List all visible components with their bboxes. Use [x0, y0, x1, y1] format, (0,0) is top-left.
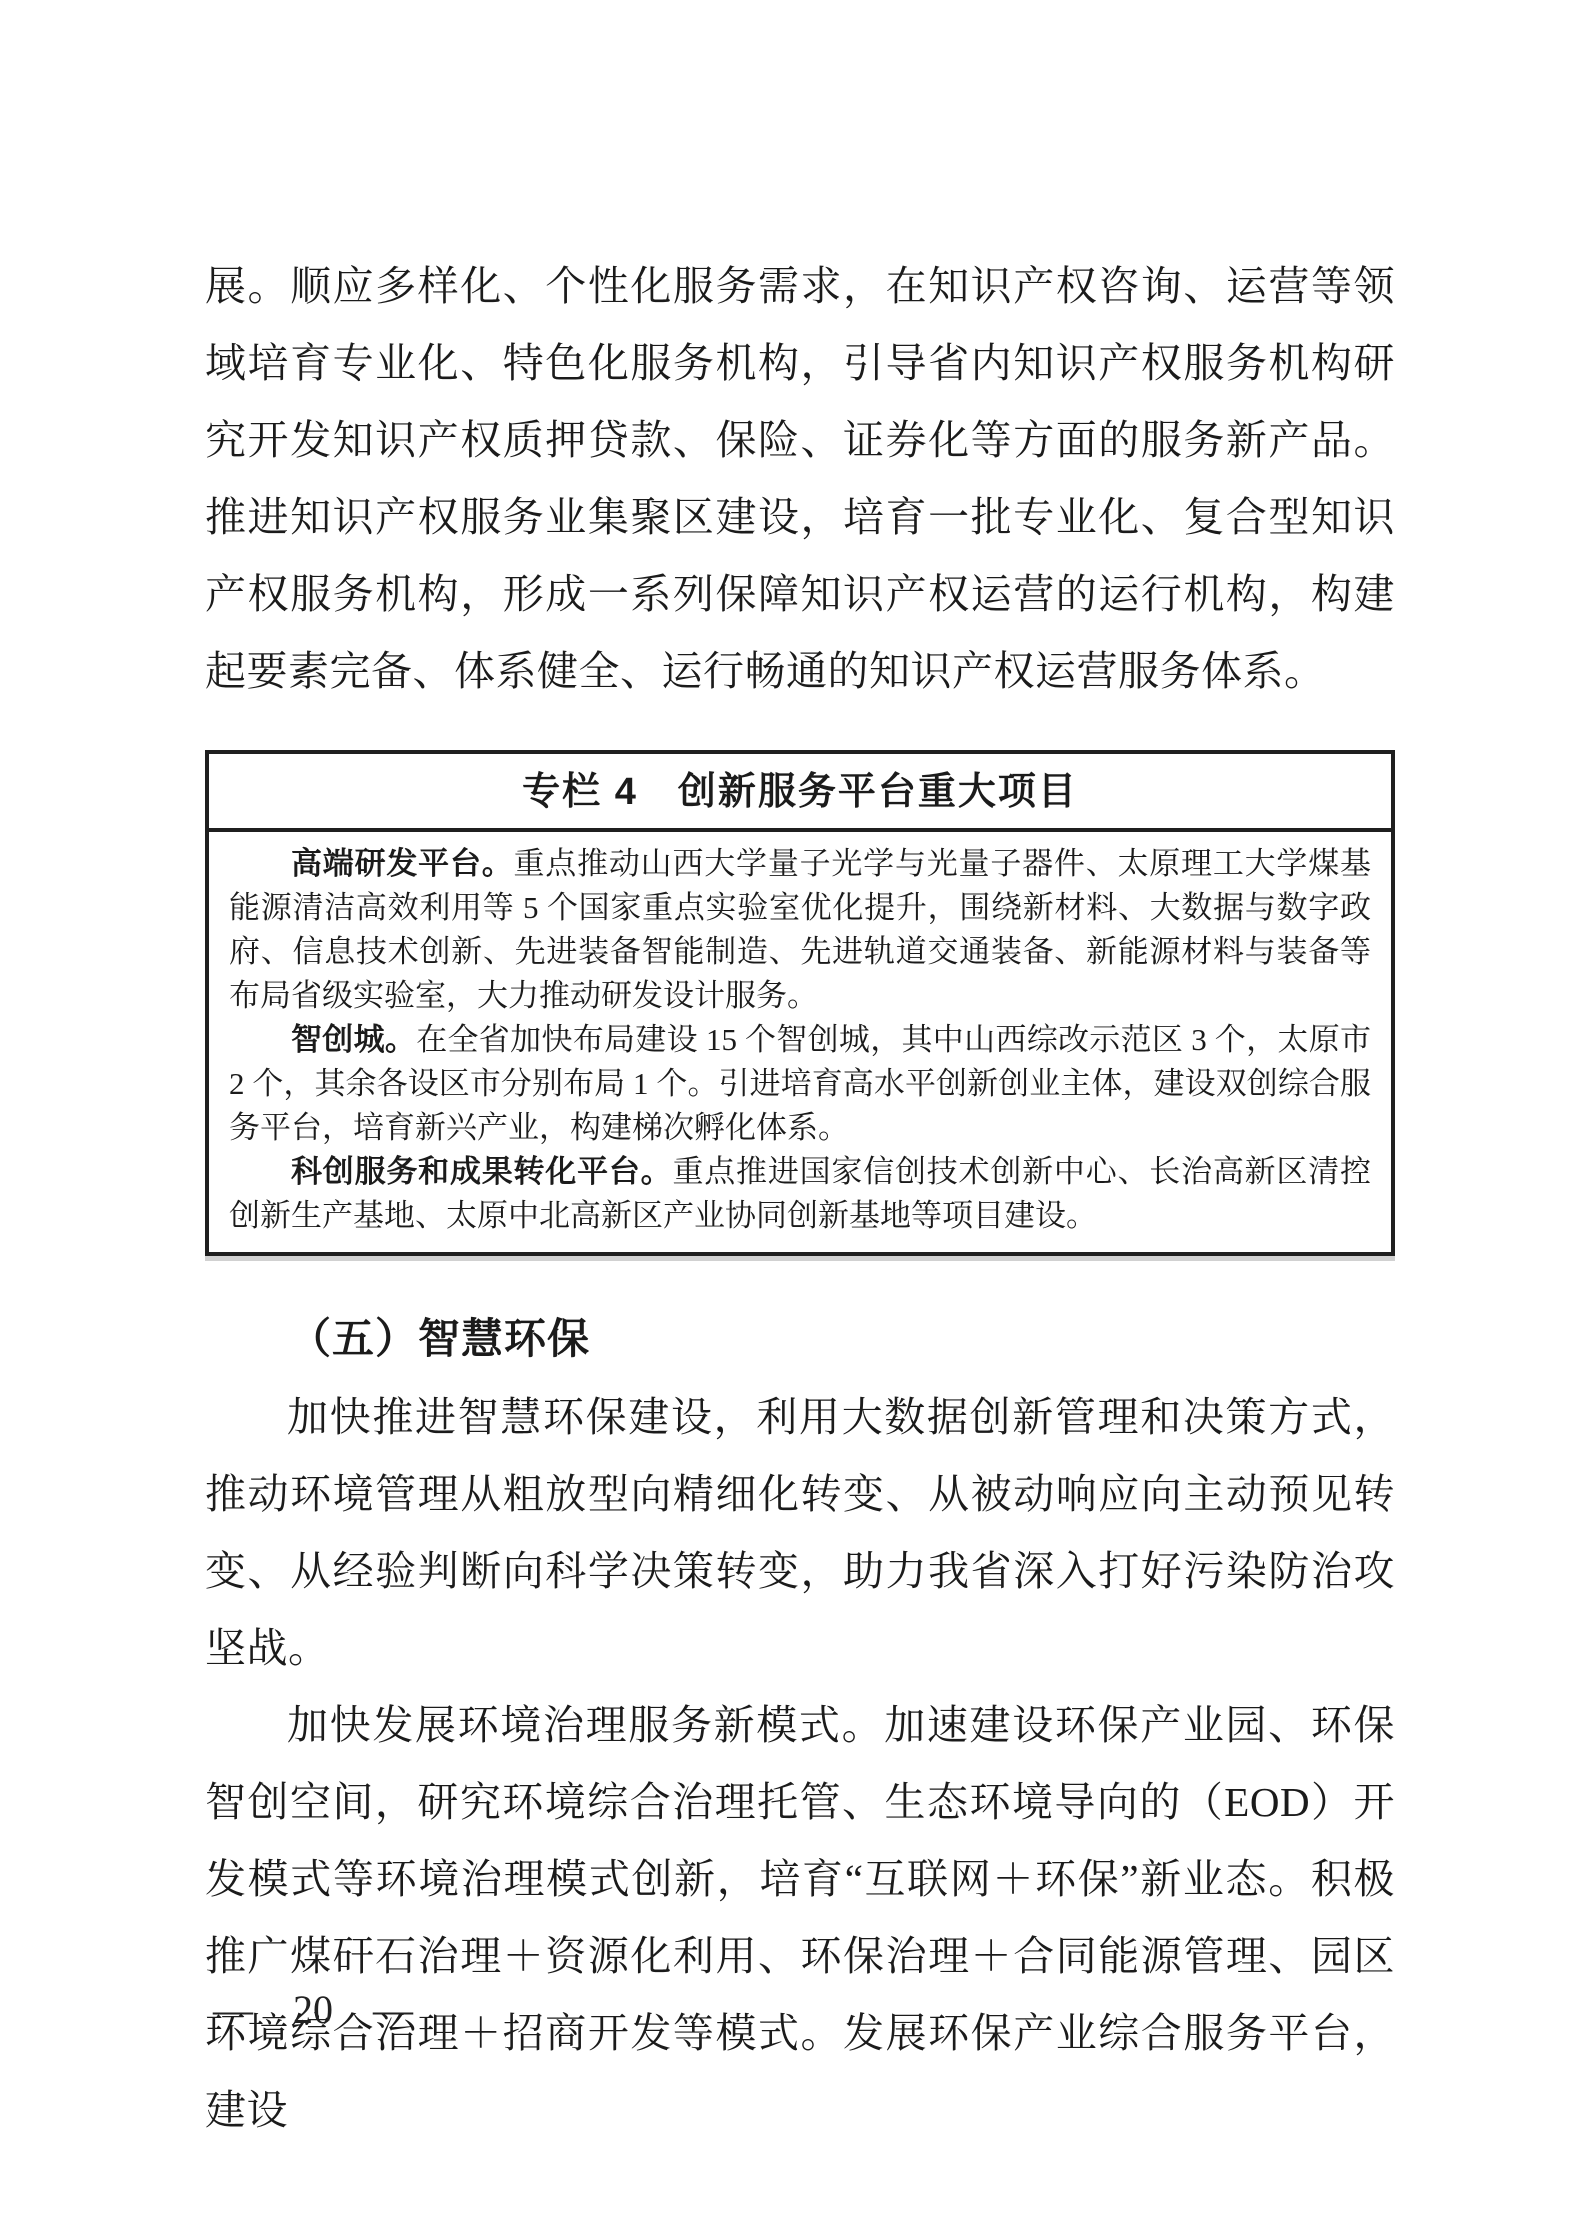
- paragraph-smart-environment: 加快推进智慧环保建设，利用大数据创新管理和决策方式，推动环境管理从粗放型向精细化…: [205, 1379, 1395, 1687]
- page-content: 展。顺应多样化、个性化服务需求，在知识产权咨询、运营等领域培育专业化、特色化服务…: [205, 248, 1395, 2149]
- page-footer: —20—: [213, 1988, 413, 2032]
- box-paragraph-lead: 科创服务和成果转化平台。: [291, 1154, 672, 1189]
- column-4-box-title: 专栏 4 创新服务平台重大项目: [209, 754, 1391, 832]
- footer-right-dash: —: [373, 1987, 413, 2032]
- box-paragraph-lead: 高端研发平台。: [291, 846, 514, 881]
- page-number: 20: [293, 1987, 333, 2032]
- column-4-box-body: 高端研发平台。重点推动山西大学量子光学与光量子器件、太原理工大学煤基能源清洁高效…: [209, 832, 1391, 1252]
- box-paragraph: 科创服务和成果转化平台。重点推进国家信创技术创新中心、长治高新区清控创新生产基地…: [229, 1150, 1371, 1238]
- paragraph-governance-new-models: 加快发展环境治理服务新模式。加速建设环保产业园、环保智创空间，研究环境综合治理托…: [205, 1687, 1395, 2149]
- box-paragraph: 高端研发平台。重点推动山西大学量子光学与光量子器件、太原理工大学煤基能源清洁高效…: [229, 842, 1371, 1018]
- paragraph-continuation-ip-services: 展。顺应多样化、个性化服务需求，在知识产权咨询、运营等领域培育专业化、特色化服务…: [205, 248, 1395, 710]
- column-4-box: 专栏 4 创新服务平台重大项目 高端研发平台。重点推动山西大学量子光学与光量子器…: [205, 750, 1395, 1256]
- box-paragraph-lead: 智创城。: [291, 1022, 416, 1057]
- footer-left-dash: —: [213, 1987, 253, 2032]
- section-heading-5-smart-environment: （五）智慧环保: [205, 1302, 1395, 1379]
- box-paragraph: 智创城。在全省加快布局建设 15 个智创城，其中山西综改示范区 3 个，太原市 …: [229, 1018, 1371, 1150]
